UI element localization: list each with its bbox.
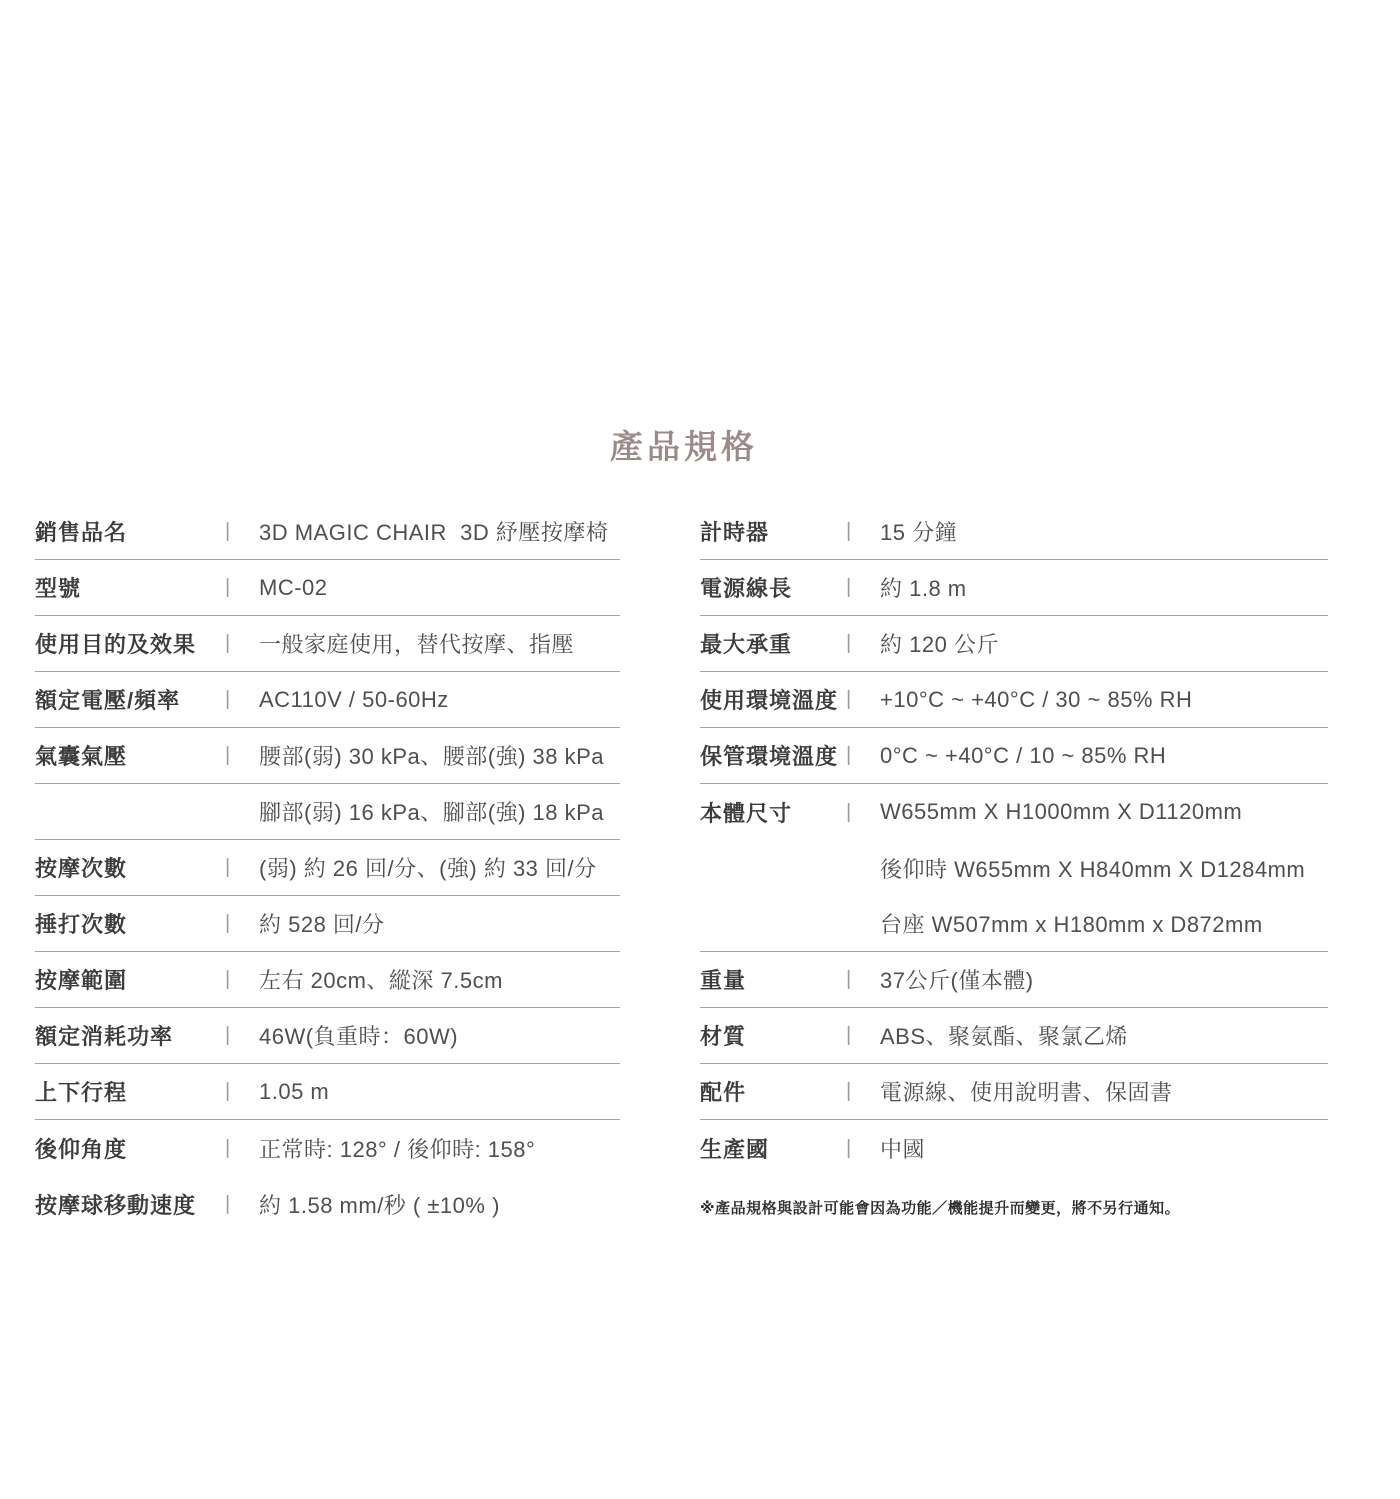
- spec-value: AC110V / 50-60Hz: [259, 687, 620, 713]
- spec-label: 按摩範圍: [35, 964, 223, 995]
- spec-value: 約 528 回/分: [259, 908, 620, 939]
- spec-value: 腳部(弱) 16 kPa、腳部(強) 18 kPa: [259, 796, 620, 827]
- pipe-separator: |: [223, 912, 230, 935]
- spec-label: 生產國: [700, 1133, 844, 1164]
- spec-table-left: 銷售品名 | 3D MAGIC CHAIR 3D 紓壓按摩椅 型號 | MC-0…: [35, 504, 620, 1232]
- spec-label: 按摩次數: [35, 852, 223, 883]
- spec-label: 上下行程: [35, 1076, 223, 1107]
- pipe-separator: |: [223, 632, 230, 655]
- spec-row-accessories: 配件 | 電源線、使用說明書、保固書: [700, 1064, 1328, 1120]
- spec-label: 型號: [35, 572, 223, 603]
- spec-value: 一般家庭使用，替代按摩、指壓: [259, 628, 620, 659]
- spec-row-voltage: 額定電壓/頻率 | AC110V / 50-60Hz: [35, 672, 620, 728]
- spec-label: 額定電壓/頻率: [35, 684, 223, 715]
- page-title: 產品規格: [35, 421, 1333, 468]
- spec-label: 最大承重: [700, 628, 844, 659]
- pipe-separator: |: [223, 520, 230, 543]
- spec-value: 46W(負重時：60W): [259, 1020, 620, 1051]
- pipe-separator: |: [223, 1024, 230, 1047]
- pipe-separator: |: [223, 744, 230, 767]
- spec-label: 按摩球移動速度: [35, 1189, 223, 1220]
- spec-row-timer: 計時器 | 15 分鐘: [700, 504, 1328, 560]
- pipe-separator: |: [223, 1080, 230, 1103]
- spec-table-right: 計時器 | 15 分鐘 電源線長 | 約 1.8 m 最大承重 | 約 120 …: [700, 504, 1328, 1218]
- pipe-separator: |: [844, 632, 851, 655]
- spec-row-body-size-base: 台座 W507mm x H180mm x D872mm: [700, 896, 1328, 952]
- pipe-separator: |: [844, 744, 851, 767]
- pipe-separator: |: [844, 801, 851, 824]
- spec-value: W655mm X H1000mm X D1120mm: [880, 799, 1328, 825]
- spec-row-weight: 重量 | 37公斤(僅本體): [700, 952, 1328, 1008]
- pipe-separator: |: [223, 968, 230, 991]
- spec-row-material: 材質 | ABS、聚氨酯、聚氯乙烯: [700, 1008, 1328, 1064]
- spec-value: ABS、聚氨酯、聚氯乙烯: [880, 1020, 1328, 1051]
- spec-row-power-consumption: 額定消耗功率 | 46W(負重時：60W): [35, 1008, 620, 1064]
- spec-row-cord-length: 電源線長 | 約 1.8 m: [700, 560, 1328, 616]
- spec-value: +10°C ~ +40°C / 30 ~ 85% RH: [880, 687, 1328, 713]
- pipe-separator: |: [844, 968, 851, 991]
- spec-value: 3D MAGIC CHAIR 3D 紓壓按摩椅: [259, 516, 620, 547]
- spec-value: MC-02: [259, 575, 620, 601]
- disclaimer-footnote: ※產品規格與設計可能會因為功能／機能提升而變更，將不另行通知。: [700, 1176, 1328, 1218]
- pipe-separator: |: [844, 1080, 851, 1103]
- spec-label: 電源線長: [700, 572, 844, 603]
- pipe-separator: |: [223, 576, 230, 599]
- spec-row-airbag-pressure-cont: 腳部(弱) 16 kPa、腳部(強) 18 kPa: [35, 784, 620, 840]
- spec-value: 中國: [880, 1133, 1328, 1164]
- spec-label: 銷售品名: [35, 516, 223, 547]
- spec-row-stroke: 上下行程 | 1.05 m: [35, 1064, 620, 1120]
- pipe-separator: |: [223, 1137, 230, 1160]
- spec-row-operating-temp: 使用環境溫度 | +10°C ~ +40°C / 30 ~ 85% RH: [700, 672, 1328, 728]
- spec-label: 額定消耗功率: [35, 1020, 223, 1051]
- spec-label: 後仰角度: [35, 1133, 223, 1164]
- spec-value: 後仰時 W655mm X H840mm X D1284mm: [880, 853, 1328, 884]
- spec-label: 重量: [700, 964, 844, 995]
- spec-label: 使用環境溫度: [700, 684, 844, 715]
- spec-label: 氣囊氣壓: [35, 740, 223, 771]
- spec-value: 約 120 公斤: [880, 628, 1328, 659]
- spec-value: 15 分鐘: [880, 516, 1328, 547]
- pipe-separator: |: [223, 688, 230, 711]
- spec-value: 0°C ~ +40°C / 10 ~ 85% RH: [880, 743, 1328, 769]
- spec-row-tapping-count: 捶打次數 | 約 528 回/分: [35, 896, 620, 952]
- spec-row-recline-angle: 後仰角度 | 正常時: 128° / 後仰時: 158°: [35, 1120, 620, 1176]
- pipe-separator: |: [844, 1137, 851, 1160]
- spec-label: 材質: [700, 1020, 844, 1051]
- spec-label: 配件: [700, 1076, 844, 1107]
- spec-row-body-size-recline: 後仰時 W655mm X H840mm X D1284mm: [700, 840, 1328, 896]
- pipe-separator: |: [844, 688, 851, 711]
- spec-row-model: 型號 | MC-02: [35, 560, 620, 616]
- pipe-separator: |: [844, 576, 851, 599]
- spec-row-massage-range: 按摩範圍 | 左右 20cm、縱深 7.5cm: [35, 952, 620, 1008]
- spec-row-storage-temp: 保管環境溫度 | 0°C ~ +40°C / 10 ~ 85% RH: [700, 728, 1328, 784]
- spec-row-ball-speed: 按摩球移動速度 | 約 1.58 mm/秒 ( ±10% ): [35, 1176, 620, 1232]
- spec-row-max-load: 最大承重 | 約 120 公斤: [700, 616, 1328, 672]
- spec-row-country: 生產國 | 中國: [700, 1120, 1328, 1176]
- spec-value: 約 1.8 m: [880, 572, 1328, 603]
- spec-value: 左右 20cm、縱深 7.5cm: [259, 964, 620, 995]
- spec-value: 正常時: 128° / 後仰時: 158°: [259, 1133, 620, 1164]
- spec-value: 37公斤(僅本體): [880, 964, 1328, 995]
- spec-value: 電源線、使用說明書、保固書: [880, 1076, 1328, 1107]
- spec-row-purpose: 使用目的及效果 | 一般家庭使用，替代按摩、指壓: [35, 616, 620, 672]
- spec-value: 台座 W507mm x H180mm x D872mm: [880, 908, 1328, 939]
- spec-value: 約 1.58 mm/秒 ( ±10% ): [259, 1189, 620, 1220]
- spec-label: 保管環境溫度: [700, 740, 844, 771]
- spec-label: 本體尺寸: [700, 797, 844, 828]
- pipe-separator: |: [844, 520, 851, 543]
- spec-value: 腰部(弱) 30 kPa、腰部(強) 38 kPa: [259, 740, 620, 771]
- spec-row-body-size: 本體尺寸 | W655mm X H1000mm X D1120mm: [700, 784, 1328, 840]
- pipe-separator: |: [223, 1193, 230, 1216]
- spec-row-massage-count: 按摩次數 | (弱) 約 26 回/分、(強) 約 33 回/分: [35, 840, 620, 896]
- pipe-separator: |: [223, 856, 230, 879]
- spec-label: 使用目的及效果: [35, 628, 223, 659]
- pipe-separator: |: [844, 1024, 851, 1047]
- spec-label: 捶打次數: [35, 908, 223, 939]
- spec-row-airbag-pressure: 氣囊氣壓 | 腰部(弱) 30 kPa、腰部(強) 38 kPa: [35, 728, 620, 784]
- spec-value: 1.05 m: [259, 1079, 620, 1105]
- spec-sheet-page: 產品規格 銷售品名 | 3D MAGIC CHAIR 3D 紓壓按摩椅 型號 |…: [0, 0, 1400, 1499]
- spec-value: (弱) 約 26 回/分、(強) 約 33 回/分: [259, 852, 620, 883]
- spec-label: 計時器: [700, 516, 844, 547]
- spec-row-sales-name: 銷售品名 | 3D MAGIC CHAIR 3D 紓壓按摩椅: [35, 504, 620, 560]
